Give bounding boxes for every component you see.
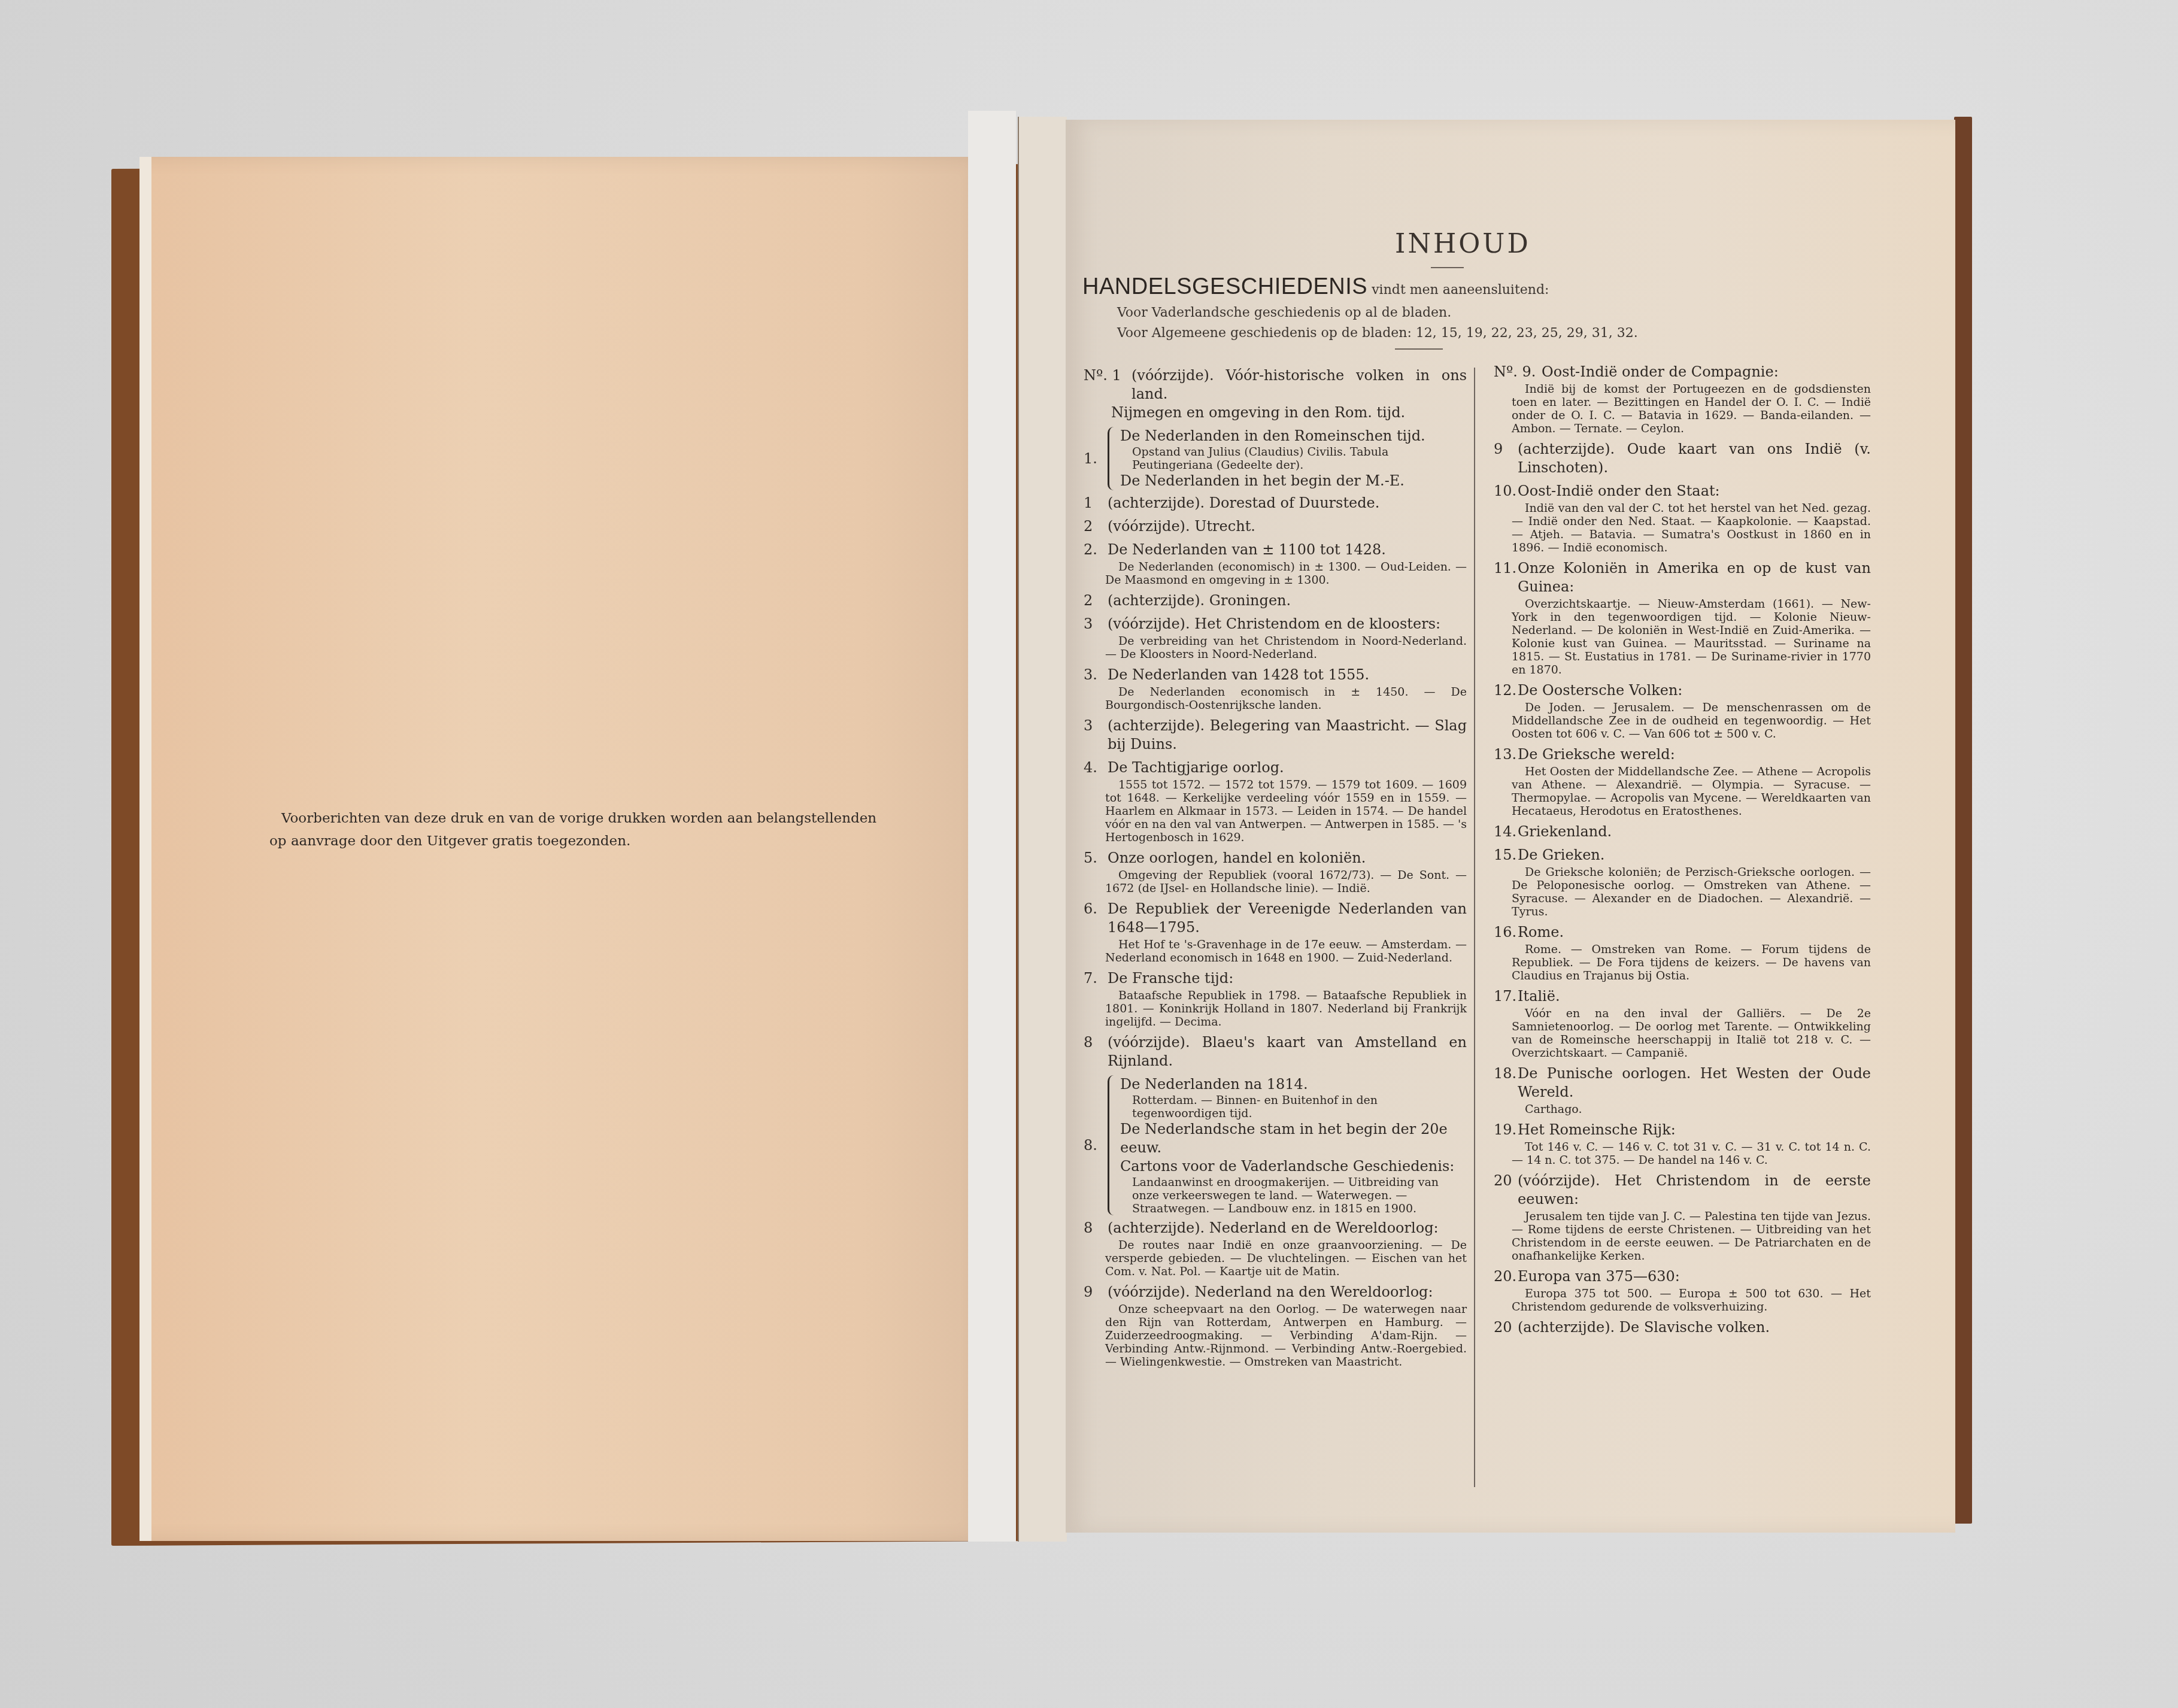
entry-number: 17. bbox=[1494, 987, 1518, 1006]
entry-title: De Oostersche Volken: bbox=[1518, 681, 1871, 700]
handelsgeschiedenis-heading: HANDELSGESCHIEDENIS vindt men aaneenslui… bbox=[1082, 274, 1861, 300]
brace-desc: Rotterdam. — Binnen- en Buitenhof in den… bbox=[1120, 1094, 1467, 1120]
toc-entry: 7.De Fransche tijd:Bataafsche Republiek … bbox=[1084, 969, 1467, 1029]
entry-title: (achterzijde). Groningen. bbox=[1108, 591, 1467, 610]
toc-entry: 2(vóórzijde). Utrecht. bbox=[1084, 517, 1467, 536]
toc-entry: 18.De Punische oorlogen. Het Westen der … bbox=[1494, 1064, 1871, 1116]
entry-subtitle: Nijmegen en omgeving in den Rom. tijd. bbox=[1084, 404, 1467, 422]
toc-entry: 2.De Nederlanden van ± 1100 tot 1428.De … bbox=[1084, 541, 1467, 587]
entry-number: 1 bbox=[1084, 494, 1108, 512]
entry-number: 18. bbox=[1494, 1064, 1518, 1102]
entry-title: De Nederlanden van ± 1100 tot 1428. bbox=[1108, 541, 1467, 559]
entry-title: (vóórzijde). Blaeu's kaart van Amstellan… bbox=[1108, 1033, 1467, 1070]
toc-entry: 20(achterzijde). De Slavische volken. bbox=[1494, 1318, 1871, 1337]
entry-number: 6. bbox=[1084, 900, 1108, 937]
entry-number: 7. bbox=[1084, 969, 1108, 988]
toc-entry: 3.De Nederlanden van 1428 tot 1555.De Ne… bbox=[1084, 666, 1467, 712]
left-page-note: Voorberichten van deze druk en van de vo… bbox=[269, 807, 916, 853]
brace-desc: Opstand van Julius (Claudius) Civilis. T… bbox=[1120, 445, 1467, 472]
entry-desc: De routes naar Indië en onze graanvoorzi… bbox=[1084, 1239, 1467, 1278]
vaderlandsch-line: Voor Vaderlandsche geschiedenis op al de… bbox=[1117, 305, 1451, 320]
entry-desc: Indië van den val der C. tot het herstel… bbox=[1494, 502, 1871, 554]
toc-entry: 9(vóórzijde). Nederland na den Wereldoor… bbox=[1084, 1283, 1467, 1369]
entry-title: De Grieksche wereld: bbox=[1518, 745, 1871, 764]
toc-entry: 10.Oost-Indië onder den Staat:Indië van … bbox=[1494, 482, 1871, 554]
entry-title: (achterzijde). Dorestad of Duurstede. bbox=[1108, 494, 1467, 512]
brace-title: De Nederlanden na 1814. bbox=[1120, 1075, 1467, 1094]
entry-title: De Fransche tijd: bbox=[1108, 969, 1467, 988]
entry-number: 20 bbox=[1494, 1318, 1518, 1337]
entry-title: (vóórzijde). Utrecht. bbox=[1108, 517, 1467, 536]
toc-entry: 17.Italië.Vóór en na den inval der Galli… bbox=[1494, 987, 1871, 1060]
entry-title: Griekenland. bbox=[1518, 823, 1871, 841]
entry-title: Rome. bbox=[1518, 923, 1871, 942]
toc-entry: Nº. 9.Oost-Indië onder de Compagnie:Indi… bbox=[1494, 363, 1871, 435]
entry-title: (achterzijde). Nederland en de Wereldoor… bbox=[1108, 1219, 1467, 1237]
note-line-1: Voorberichten van deze druk en van de vo… bbox=[269, 807, 916, 830]
entry-desc: Rome. — Omstreken van Rome. — Forum tijd… bbox=[1494, 943, 1871, 982]
column-separator bbox=[1474, 368, 1475, 1487]
note-line-2: op aanvrage door den Uitgever gratis toe… bbox=[269, 833, 630, 849]
left-page-edge bbox=[139, 157, 151, 1541]
entry-number: 11. bbox=[1494, 559, 1518, 596]
entry-title: Oost-Indië onder den Staat: bbox=[1518, 482, 1871, 500]
entry-desc: Carthago. bbox=[1494, 1103, 1871, 1116]
entry-number: 20 bbox=[1494, 1172, 1518, 1209]
entry-desc: De Nederlanden (economisch) in ± 1300. —… bbox=[1084, 560, 1467, 587]
entry-desc: Europa 375 tot 500. — Europa ± 500 tot 6… bbox=[1494, 1287, 1871, 1313]
entry-desc: Omgeving der Republiek (vooral 1672/73).… bbox=[1084, 869, 1467, 895]
entry-number: 15. bbox=[1494, 846, 1518, 864]
entry-title: Het Romeinsche Rijk: bbox=[1518, 1121, 1871, 1139]
entry-number: 3 bbox=[1084, 717, 1108, 754]
entry-number: Nº. 9. bbox=[1494, 363, 1542, 381]
toc-entry: 8(vóórzijde). Blaeu's kaart van Amstella… bbox=[1084, 1033, 1467, 1070]
brace-bracket bbox=[1108, 1075, 1115, 1215]
handelsgeschiedenis-label: HANDELSGESCHIEDENIS bbox=[1082, 274, 1367, 299]
entry-desc: De Grieksche koloniën; de Perzisch-Griek… bbox=[1494, 866, 1871, 918]
entry-desc: Onze scheepvaart na den Oorlog. — De wat… bbox=[1084, 1303, 1467, 1369]
entry-title: Onze Koloniën in Amerika en op de kust v… bbox=[1518, 559, 1871, 596]
entry-desc: De Nederlanden economisch in ± 1450. — D… bbox=[1084, 685, 1467, 712]
entry-number: 20. bbox=[1494, 1267, 1518, 1286]
entry-title: De Tachtigjarige oorlog. bbox=[1108, 759, 1467, 777]
entry-title: De Nederlanden van 1428 tot 1555. bbox=[1108, 666, 1467, 684]
entry-title: (achterzijde). Oude kaart van ons Indië … bbox=[1518, 440, 1871, 477]
entry-number: 2 bbox=[1084, 591, 1108, 610]
entry-title: De Republiek der Vereenigde Nederlanden … bbox=[1108, 900, 1467, 937]
entry-title: Europa van 375—630: bbox=[1518, 1267, 1871, 1286]
entry-number: 5. bbox=[1084, 849, 1108, 867]
entry-title: De Punische oorlogen. Het Westen der Oud… bbox=[1518, 1064, 1871, 1102]
toc-entry: 2(achterzijde). Groningen. bbox=[1084, 591, 1467, 610]
brace-number: 1. bbox=[1084, 427, 1108, 490]
toc-left-column: Nº. 1 (vóórzijde). Vóór-historische volk… bbox=[1084, 366, 1467, 1373]
toc-entry: 20(vóórzijde). Het Christendom in de eer… bbox=[1494, 1172, 1871, 1263]
entry-number: 16. bbox=[1494, 923, 1518, 942]
toc-brace-group-1: 1. De Nederlanden in den Romeinschen tij… bbox=[1084, 427, 1467, 490]
toc-entry: 13.De Grieksche wereld:Het Oosten der Mi… bbox=[1494, 745, 1871, 818]
entry-desc: De Joden. — Jerusalem. — De menschenrass… bbox=[1494, 701, 1871, 741]
entry-number: 8 bbox=[1084, 1033, 1108, 1070]
entry-desc: De verbreiding van het Christendom in No… bbox=[1084, 635, 1467, 661]
book-cover-right-edge bbox=[1954, 117, 1972, 1524]
toc-entry: 6.De Republiek der Vereenigde Nederlande… bbox=[1084, 900, 1467, 964]
brace-title: De Nederlanden in het begin der M.-E. bbox=[1120, 472, 1467, 490]
toc-entry: 11.Onze Koloniën in Amerika en op de kus… bbox=[1494, 559, 1871, 676]
entry-number: 3. bbox=[1084, 666, 1108, 684]
entry-title: (achterzijde). Belegering van Maastricht… bbox=[1108, 717, 1467, 754]
toc-entries-list: 1(achterzijde). Dorestad of Duurstede. 2… bbox=[1084, 494, 1467, 1070]
brace-title: De Nederlanden in den Romeinschen tijd. bbox=[1120, 427, 1467, 445]
toc-entry: 12.De Oostersche Volken:De Joden. — Jeru… bbox=[1494, 681, 1871, 741]
entry-number: 12. bbox=[1494, 681, 1518, 700]
algemeen-line: Voor Algemeene geschiedenis op de bladen… bbox=[1117, 326, 1638, 341]
toc-brace-group-8: 8. De Nederlanden na 1814. Rotterdam. — … bbox=[1084, 1075, 1467, 1215]
entry-number: 10. bbox=[1494, 482, 1518, 500]
entry-title: (vóórzijde). Nederland na den Wereldoorl… bbox=[1108, 1283, 1467, 1302]
page-title: INHOUD bbox=[1395, 229, 1531, 259]
brace-title: Cartons voor de Vaderlandsche Geschieden… bbox=[1120, 1157, 1467, 1176]
entry-title: Onze oorlogen, handel en koloniën. bbox=[1108, 849, 1467, 867]
gutter-fold bbox=[1018, 117, 1067, 1542]
toc-entry: 3(achterzijde). Belegering van Maastrich… bbox=[1084, 717, 1467, 754]
entry-number: 3 bbox=[1084, 615, 1108, 633]
brace-number: 8. bbox=[1084, 1075, 1108, 1215]
toc-entry: Nº. 1 (vóórzijde). Vóór-historische volk… bbox=[1084, 366, 1467, 422]
entry-desc: Indië bij de komst der Portugeezen en de… bbox=[1494, 383, 1871, 435]
toc-entry: 19.Het Romeinsche Rijk:Tot 146 v. C. — 1… bbox=[1494, 1121, 1871, 1167]
entry-number: 9 bbox=[1494, 440, 1518, 477]
handelsgeschiedenis-suffix: vindt men aaneensluitend: bbox=[1372, 283, 1549, 298]
entry-desc: Het Hof te 's-Gravenhage in de 17e eeuw.… bbox=[1084, 938, 1467, 964]
entry-title: (vóórzijde). Vóór-historische volken in … bbox=[1132, 366, 1467, 404]
entry-desc: Overzichtskaartje. — Nieuw-Amsterdam (16… bbox=[1494, 597, 1871, 676]
entry-title: De Grieken. bbox=[1518, 846, 1871, 864]
section-rule bbox=[1395, 348, 1443, 350]
brace-desc: Landaanwinst en droogmakerijen. — Uitbre… bbox=[1120, 1176, 1467, 1215]
entry-number: 19. bbox=[1494, 1121, 1518, 1139]
toc-entry: 3(vóórzijde). Het Christendom en de kloo… bbox=[1084, 615, 1467, 661]
entry-desc: Jerusalem ten tijde van J. C. — Palestin… bbox=[1494, 1210, 1871, 1263]
toc-entry: 8(achterzijde). Nederland en de Wereldoo… bbox=[1084, 1219, 1467, 1278]
entry-number: 9 bbox=[1084, 1283, 1108, 1302]
entry-number: 2. bbox=[1084, 541, 1108, 559]
entry-desc: Bataafsche Republiek in 1798. — Bataafsc… bbox=[1084, 989, 1467, 1029]
entry-number: 13. bbox=[1494, 745, 1518, 764]
entry-number: 8 bbox=[1084, 1219, 1108, 1237]
entry-title: Italië. bbox=[1518, 987, 1871, 1006]
toc-right-column: Nº. 9.Oost-Indië onder de Compagnie:Indi… bbox=[1494, 363, 1871, 1342]
toc-entry: 1(achterzijde). Dorestad of Duurstede. bbox=[1084, 494, 1467, 512]
entry-number: Nº. 1 bbox=[1084, 366, 1132, 404]
brace-bracket bbox=[1108, 427, 1115, 490]
toc-entry: 14.Griekenland. bbox=[1494, 823, 1871, 841]
entry-title: (achterzijde). De Slavische volken. bbox=[1518, 1318, 1871, 1337]
toc-entry: 15.De Grieken.De Grieksche koloniën; de … bbox=[1494, 846, 1871, 918]
entry-number: 2 bbox=[1084, 517, 1108, 536]
brace-title: De Nederlandsche stam in het begin der 2… bbox=[1120, 1120, 1467, 1157]
title-rule bbox=[1431, 267, 1464, 268]
entry-desc: Tot 146 v. C. — 146 v. C. tot 31 v. C. —… bbox=[1494, 1140, 1871, 1167]
gutter-strip bbox=[968, 111, 1016, 1542]
toc-entry: 20.Europa van 375—630:Europa 375 tot 500… bbox=[1494, 1267, 1871, 1313]
toc-entry: 9(achterzijde). Oude kaart van ons Indië… bbox=[1494, 440, 1871, 477]
entry-title: (vóórzijde). Het Christendom en de kloos… bbox=[1108, 615, 1467, 633]
entry-desc: Vóór en na den inval der Galliërs. — De … bbox=[1494, 1007, 1871, 1060]
entry-desc: Het Oosten der Middellandsche Zee. — Ath… bbox=[1494, 765, 1871, 818]
entry-desc: 1555 tot 1572. — 1572 tot 1579. — 1579 t… bbox=[1084, 778, 1467, 844]
toc-entry: 4.De Tachtigjarige oorlog.1555 tot 1572.… bbox=[1084, 759, 1467, 844]
entry-number: 4. bbox=[1084, 759, 1108, 777]
entry-title: (vóórzijde). Het Christendom in de eerst… bbox=[1518, 1172, 1871, 1209]
entry-title: Oost-Indië onder de Compagnie: bbox=[1542, 363, 1871, 381]
toc-entry: 5.Onze oorlogen, handel en koloniën.Omge… bbox=[1084, 849, 1467, 895]
toc-entry: 16.Rome.Rome. — Omstreken van Rome. — Fo… bbox=[1494, 923, 1871, 982]
entry-number: 14. bbox=[1494, 823, 1518, 841]
